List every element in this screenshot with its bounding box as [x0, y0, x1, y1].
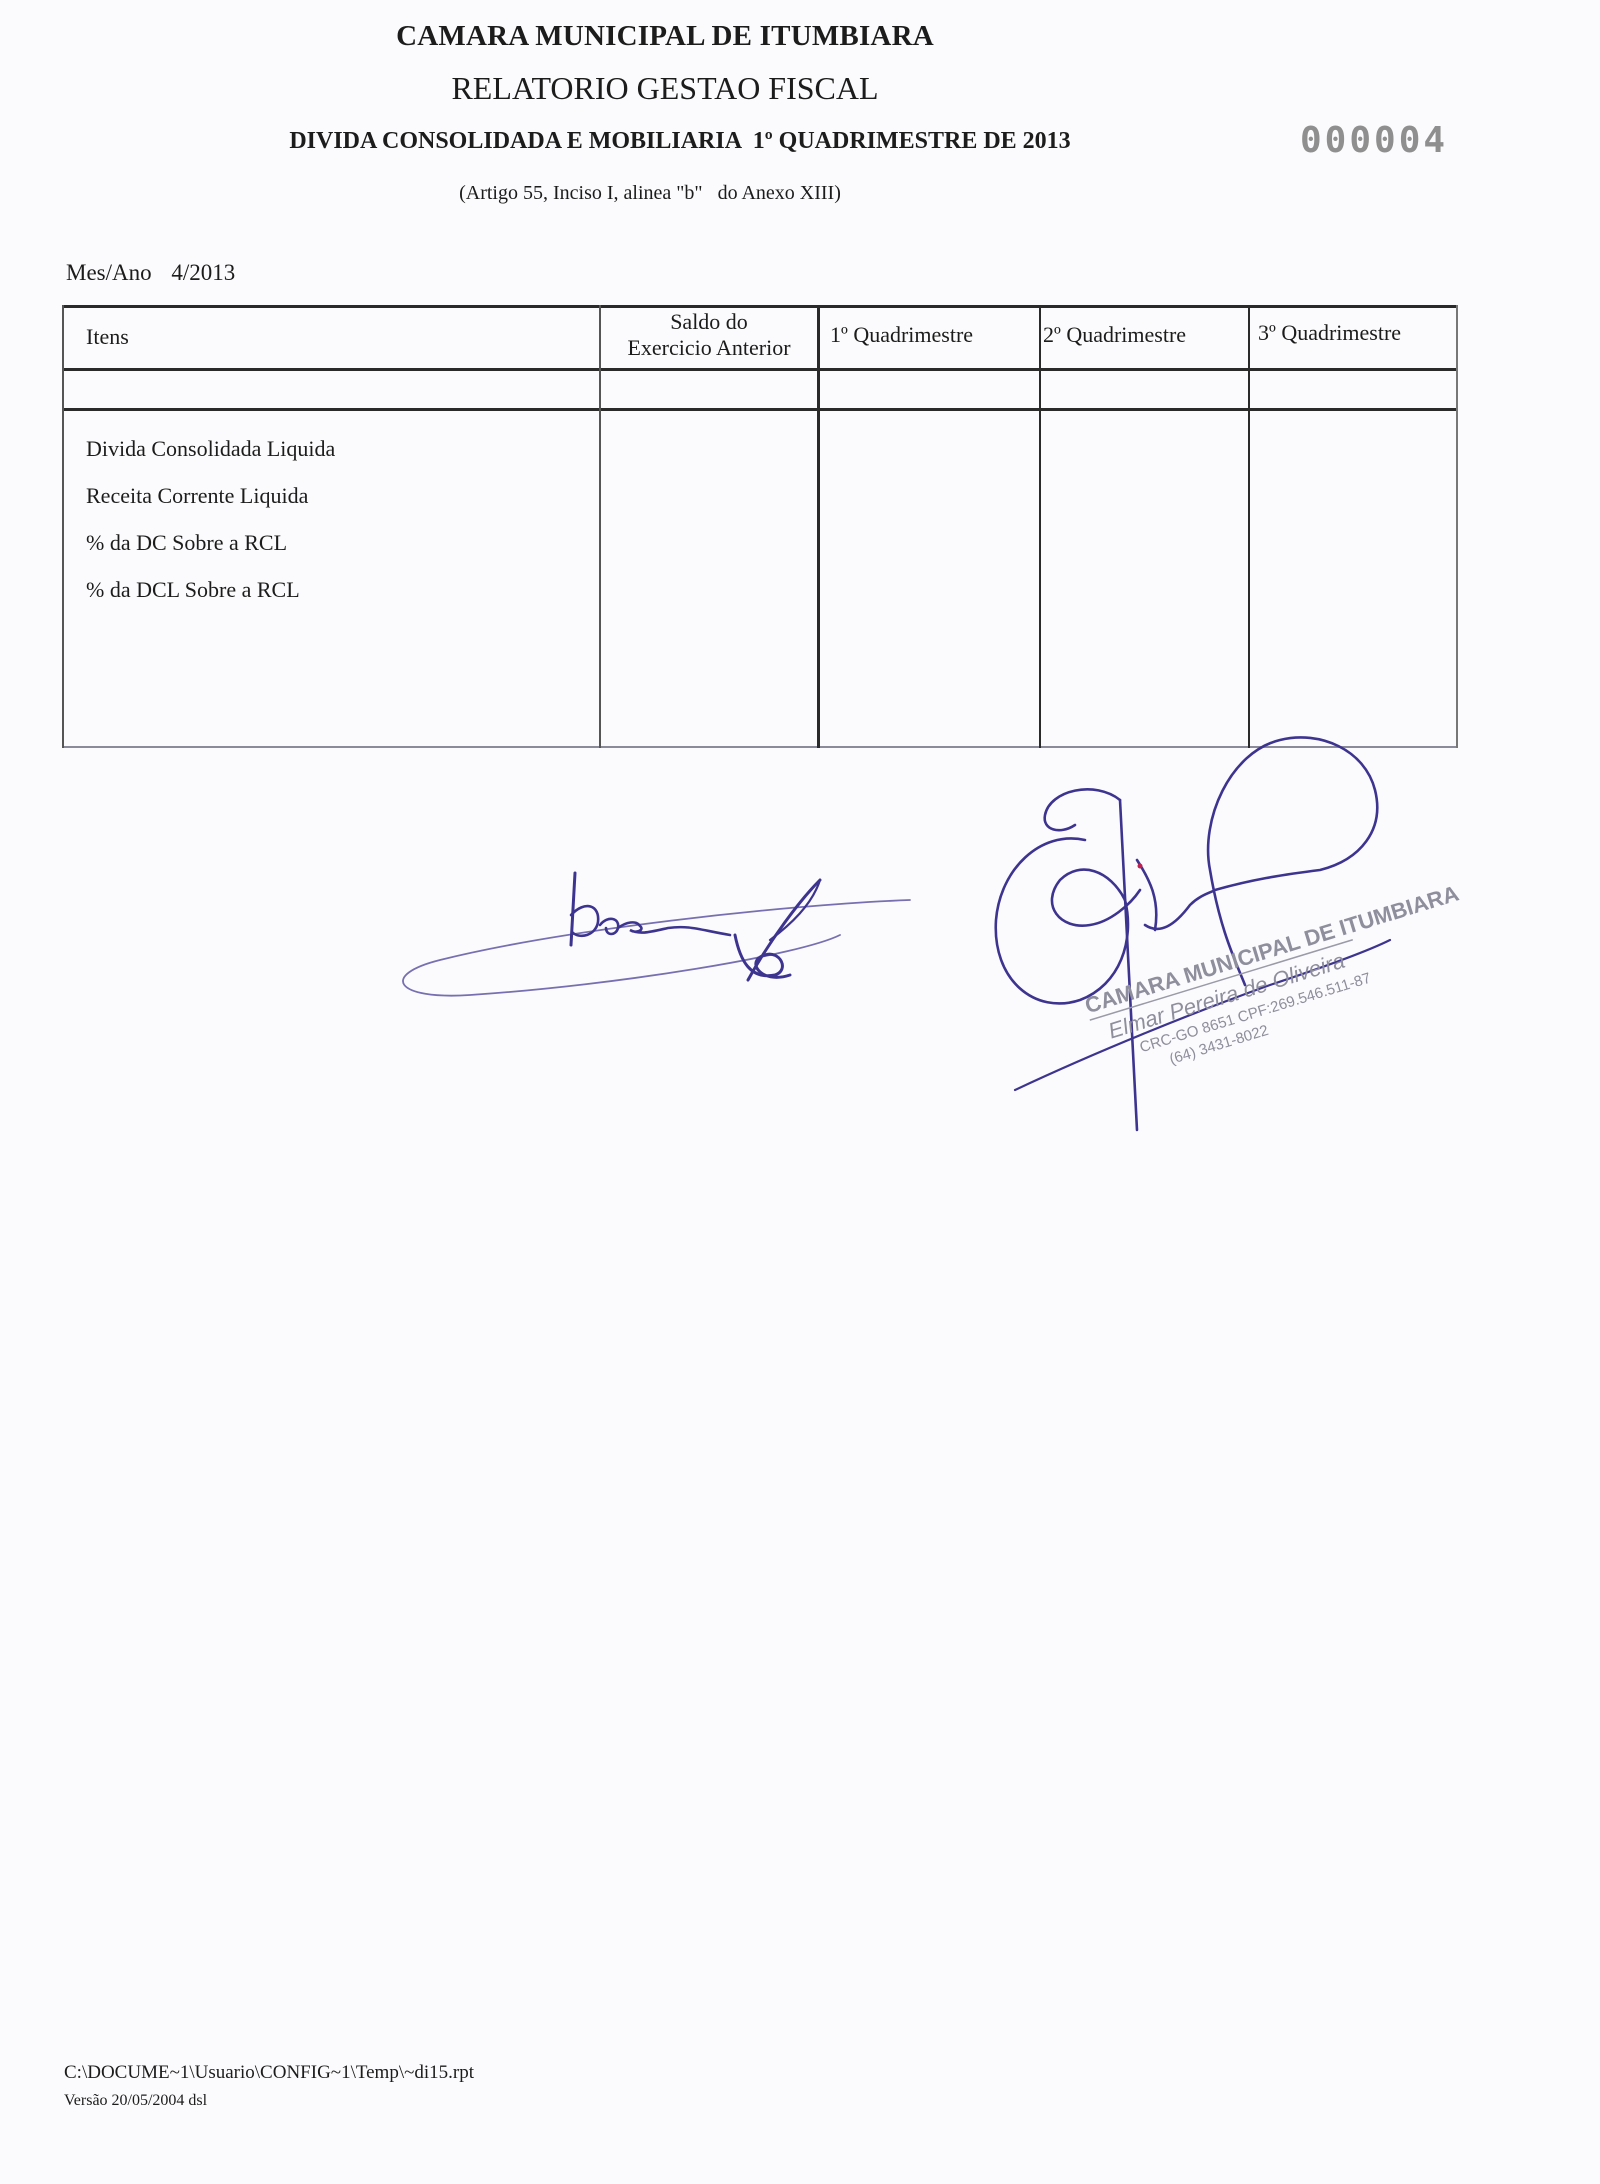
version-label: Versão 20/05/2004 dsl: [64, 2092, 207, 2110]
signatures-layer: CAMARA MUNICIPAL DE ITUMBIARA Elmar Pere…: [0, 0, 1600, 2184]
file-path: C:\DOCUME~1\Usuario\CONFIG~1\Temp\~di15.…: [64, 2062, 474, 2084]
stamp-line-1: CAMARA MUNICIPAL DE ITUMBIARA: [1082, 880, 1462, 1018]
signature-left-icon: [403, 873, 910, 996]
official-stamp-icon: CAMARA MUNICIPAL DE ITUMBIARA Elmar Pere…: [1082, 880, 1483, 1087]
